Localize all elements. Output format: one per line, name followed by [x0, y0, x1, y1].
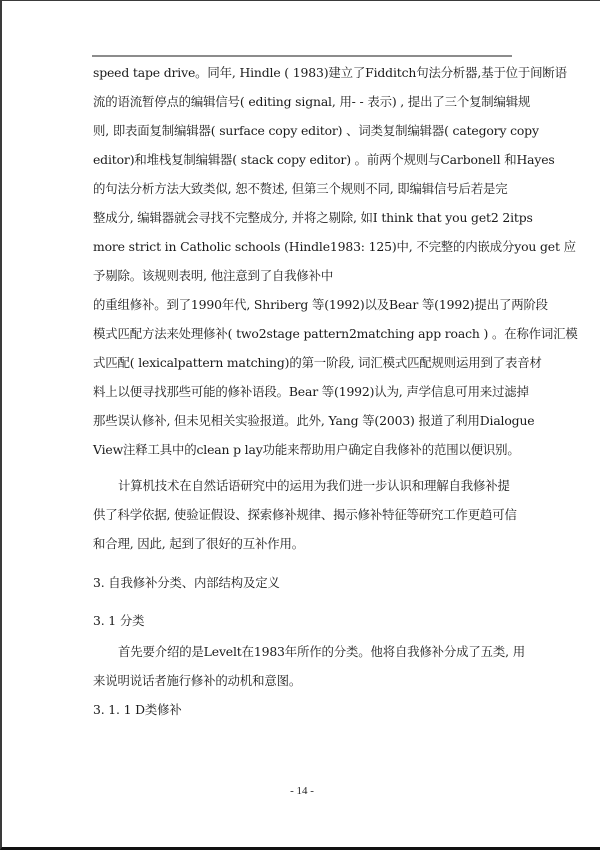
text-line: 的句法分析方法大致类似, 恕不赘述, 但第三个规则不同, 即编辑信号后若是完: [93, 181, 523, 197]
text-line: 3. 1. 1 D类修补: [93, 702, 523, 718]
document-page: speed tape drive。同年, Hindle ( 1983)建立了Fi…: [0, 0, 600, 850]
text-line: 3. 自我修补分类、内部结构及定义: [93, 575, 523, 591]
text-line: 整成分, 编辑器就会寻找不完整成分, 并将之剔除, 如I think that …: [93, 210, 523, 226]
header-rule: [92, 55, 512, 57]
text-line: 流的语流暂停点的编辑信号( editing signal, 用- - 表示) ,…: [93, 94, 523, 110]
text-line: 首先要介绍的是Levelt在1983年所作的分类。他将自我修补分成了五类, 用: [118, 644, 548, 660]
text-line: 来说明说话者施行修补的动机和意图。: [93, 673, 523, 689]
text-line: 的重组修补。到了1990年代, Shriberg 等(1992)以及Bear 等…: [93, 297, 523, 313]
text-line: 计算机技术在自然话语研究中的运用为我们进一步认识和理解自我修补提: [118, 478, 548, 494]
text-line: 料上以便寻找那些可能的修补语段。Bear 等(1992)认为, 声学信息可用来过…: [93, 384, 523, 400]
page-number: - 14 -: [2, 785, 600, 797]
text-line: 式匹配( lexicalpattern matching)的第一阶段, 词汇模式…: [93, 355, 523, 371]
text-line: 则, 即表面复制编辑器( surface copy editor) 、词类复制编…: [93, 123, 523, 139]
text-line: editor)和堆栈复制编辑器( stack copy editor) 。前两个…: [93, 152, 523, 168]
text-line: 予剔除。该规则表明, 他注意到了自我修补中: [93, 268, 523, 284]
text-line: 供了科学依据, 使验证假设、探索修补规律、揭示修补特征等研究工作更趋可信: [93, 507, 523, 523]
text-line: View注释工具中的clean p lay功能来帮助用户确定自我修补的范围以便识…: [93, 442, 523, 458]
text-line: 模式匹配方法来处理修补( two2stage pattern2matching …: [93, 326, 523, 342]
text-line: 3. 1 分类: [93, 613, 523, 629]
text-line: 和合理, 因此, 起到了很好的互补作用。: [93, 536, 523, 552]
text-line: 那些误认修补, 但未见相关实验报道。此外, Yang 等(2003) 报道了利用…: [93, 413, 523, 429]
text-line: more strict in Catholic schools (Hindle1…: [93, 239, 523, 255]
text-line: speed tape drive。同年, Hindle ( 1983)建立了Fi…: [93, 65, 523, 81]
